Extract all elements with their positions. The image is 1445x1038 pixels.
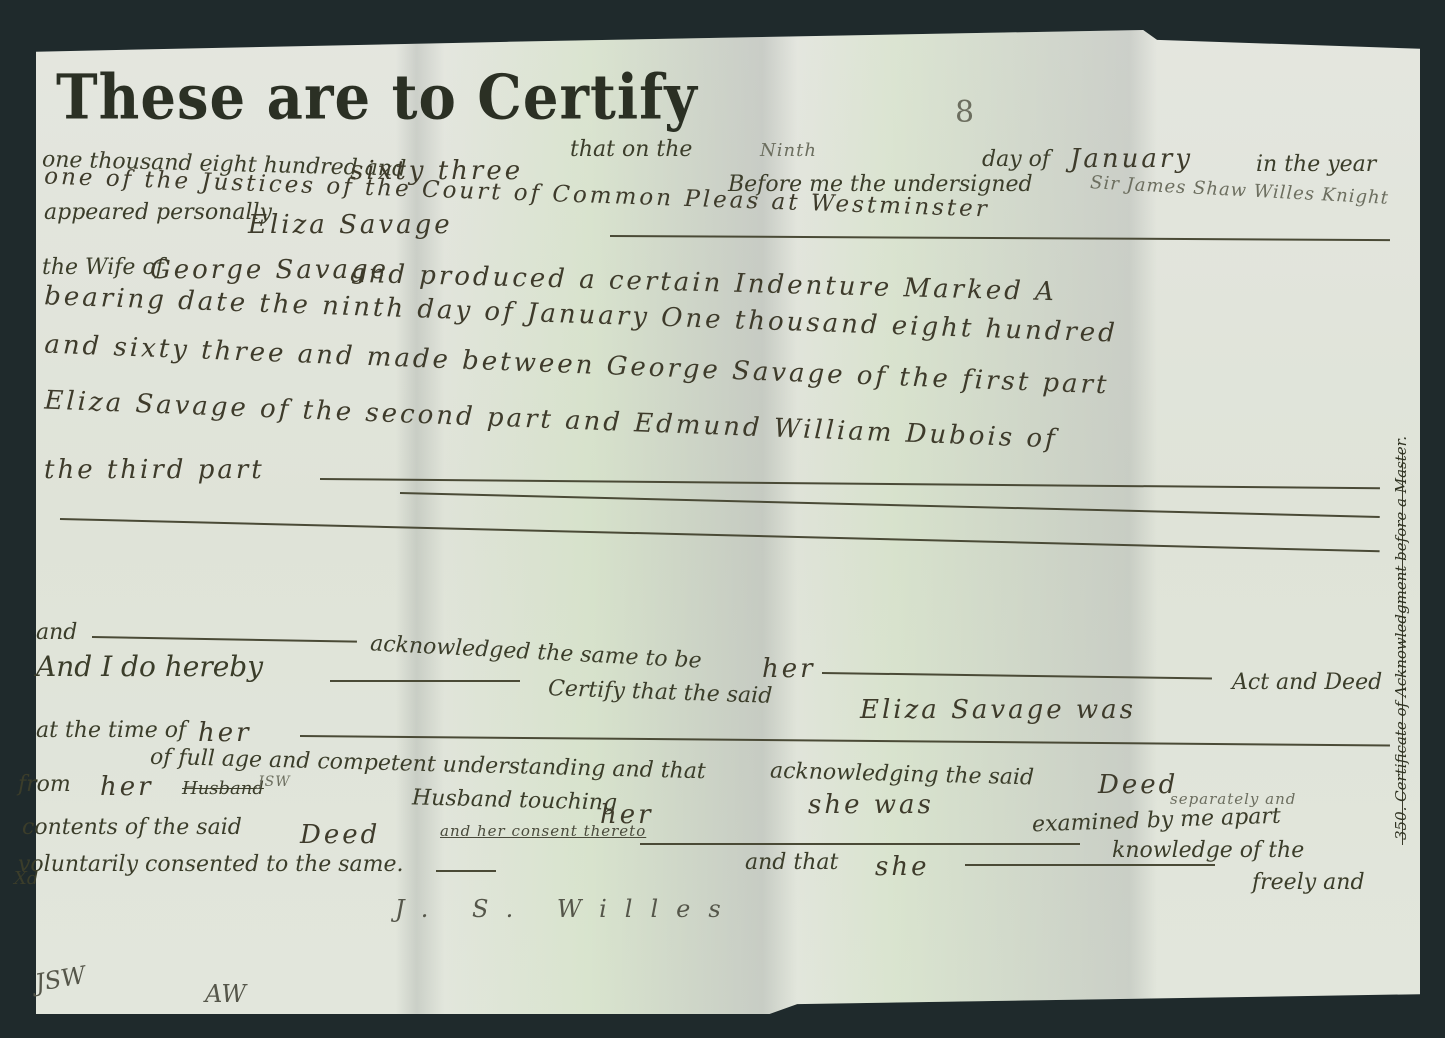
- line12-printed-a: at the time of: [36, 718, 186, 743]
- line14-printed-b: Husband touching: [412, 785, 618, 815]
- line15-printed-c: knowledge of the: [1112, 838, 1304, 863]
- line16-printed-c: freely and: [1252, 870, 1365, 895]
- line11-printed-a: And I do hereby: [36, 650, 263, 683]
- line4-printed-a: appeared personally: [44, 200, 272, 225]
- line11-filled: Eliza Savage was: [860, 695, 1136, 725]
- line11-rule-a: [330, 680, 520, 682]
- line15-interlined: and her consent thereto: [440, 822, 646, 840]
- line15-rule-b: [965, 864, 1215, 866]
- line15-filled-b: she: [875, 852, 929, 882]
- line5-printed-a: the Wife of: [42, 255, 164, 280]
- line14-filled-a: her: [100, 772, 154, 802]
- line10-filled: her: [762, 654, 816, 684]
- line4-filled-name: Eliza Savage: [248, 210, 453, 240]
- line16-printed-a: voluntarily consented to the same.: [18, 852, 404, 877]
- bottom-initials: AW: [205, 980, 246, 1008]
- line9-filled: the third part: [44, 455, 265, 485]
- line12-filled: her: [198, 718, 252, 748]
- line16-rule: [436, 870, 496, 872]
- justice-signature: J. S. Willes: [395, 895, 739, 923]
- line14-initials: JSW: [258, 774, 291, 790]
- line10-printed-a: and: [36, 620, 77, 645]
- corner-mark: 8: [955, 95, 975, 130]
- line15-rule: [640, 843, 1080, 845]
- line14-printed-a: from: [18, 772, 71, 797]
- line14-struck: Husband: [182, 778, 264, 799]
- line1-filled-month: January: [1070, 144, 1193, 174]
- line11-printed-c: Act and Deed: [1232, 670, 1382, 695]
- margin-mark-xd: Xd: [14, 868, 38, 889]
- line14-filled-c: she was: [808, 790, 934, 820]
- line15-filled-a: Deed: [300, 820, 380, 850]
- line1-filled-day: Ninth: [760, 140, 817, 161]
- line15-printed-a: contents of the said: [22, 815, 242, 840]
- line14-interlined: separately and: [1170, 790, 1296, 808]
- line15-printed-b: and that: [745, 850, 838, 875]
- line1-printed-a: that on the: [570, 137, 692, 162]
- line13-filled: Deed: [1098, 770, 1178, 800]
- line1-printed-c: in the year: [1256, 152, 1376, 177]
- line1-printed-b: day of: [982, 147, 1050, 172]
- heading: These are to Certify: [56, 61, 698, 134]
- margin-note: 350. Certificate of Acknowledgment befor…: [1392, 440, 1410, 840]
